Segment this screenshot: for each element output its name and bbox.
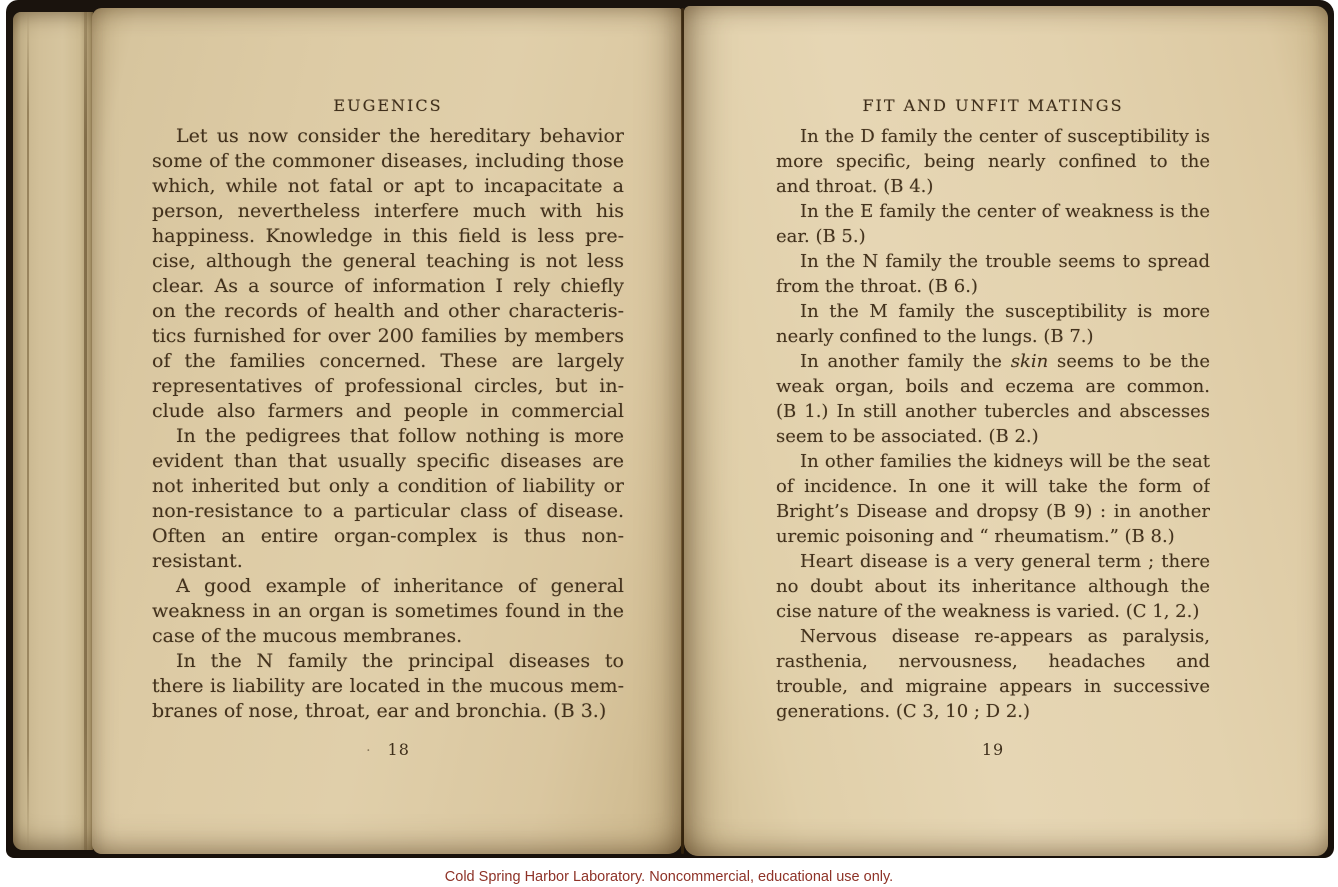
paragraph: In other families the kidneys will be th… bbox=[776, 449, 1210, 549]
text-line: seem to be associated. (B 2.) bbox=[776, 424, 1210, 449]
right-page: FIT AND UNFIT MATINGS In the D family th… bbox=[684, 6, 1328, 856]
text-line: rasthenia, nervousness, headaches and st… bbox=[776, 649, 1210, 674]
paragraph: A good example of inheritance of general… bbox=[152, 574, 624, 649]
text-line: weakness in an organ is sometimes found … bbox=[152, 599, 624, 624]
text-line: In the E family the center of weakness i… bbox=[776, 199, 1210, 224]
text-line: branes of nose, throat, ear and bronchia… bbox=[152, 699, 624, 724]
photo-caption-bar: Cold Spring Harbor Laboratory. Noncommer… bbox=[0, 866, 1338, 885]
right-page-print-area: FIT AND UNFIT MATINGS In the D family th… bbox=[776, 96, 1210, 759]
page-number: 18 bbox=[388, 740, 410, 759]
folio-dot-mark: · bbox=[366, 743, 371, 759]
text-line: clear. As a source of information I rely… bbox=[152, 274, 624, 299]
text-line: A good example of inheritance of general bbox=[152, 574, 624, 599]
right-page-body-text: In the D family the center of susceptibi… bbox=[776, 124, 1210, 724]
paragraph: In the D family the center of susceptibi… bbox=[776, 124, 1210, 199]
page-number: 19 bbox=[982, 740, 1004, 759]
paragraph: In the E family the center of weakness i… bbox=[776, 199, 1210, 249]
text-line: from the throat. (B 6.) bbox=[776, 274, 1210, 299]
text-line: person, nevertheless interfere much with… bbox=[152, 199, 624, 224]
text-line: representatives of professional circles,… bbox=[152, 374, 624, 399]
text-line: no doubt about its inheritance although … bbox=[776, 574, 1210, 599]
text-line: of incidence. In one it will take the fo… bbox=[776, 474, 1210, 499]
text-line: Often an entire organ-complex is thus no… bbox=[152, 524, 624, 549]
paragraph: In another family the skin seems to be t… bbox=[776, 349, 1210, 449]
text-line: weak organ, boils and eczema are common. bbox=[776, 374, 1210, 399]
text-line: some of the commoner diseases, including… bbox=[152, 149, 624, 174]
text-line: nearly confined to the lungs. (B 7.) bbox=[776, 324, 1210, 349]
text-line: tics furnished for over 200 families by … bbox=[152, 324, 624, 349]
right-page-folio: 19 bbox=[776, 740, 1210, 759]
paragraph: In the pedigrees that follow nothing is … bbox=[152, 424, 624, 574]
text-line: case of the mucous membranes. bbox=[152, 624, 624, 649]
text-line: In the N family the trouble seems to spr… bbox=[776, 249, 1210, 274]
photo-caption: Cold Spring Harbor Laboratory. Noncommer… bbox=[445, 869, 893, 885]
text-line: more specific, being nearly confined to … bbox=[776, 149, 1210, 174]
text-line: evident than that usually specific disea… bbox=[152, 449, 624, 474]
open-book: EUGENICS Let us now consider the heredit… bbox=[6, 0, 1334, 858]
text-line: In the N family the principal diseases t… bbox=[152, 649, 624, 674]
text-line: resistant. bbox=[152, 549, 624, 574]
text-line: generations. (C 3, 10 ; D 2.) bbox=[776, 699, 1210, 724]
book-scan-photo: EUGENICS Let us now consider the heredit… bbox=[0, 0, 1338, 887]
text-line: not inherited but only a condition of li… bbox=[152, 474, 624, 499]
running-head-left: EUGENICS bbox=[152, 96, 624, 115]
text-line: of the families concerned. These are lar… bbox=[152, 349, 624, 374]
paragraph: In the N family the trouble seems to spr… bbox=[776, 249, 1210, 299]
text-line: which, while not fatal or apt to incapac… bbox=[152, 174, 624, 199]
paragraph: In the M family the susceptibility is mo… bbox=[776, 299, 1210, 349]
text-line: In the pedigrees that follow nothing is … bbox=[152, 424, 624, 449]
left-page-print-area: EUGENICS Let us now consider the heredit… bbox=[152, 96, 624, 759]
text-line: In another family the skin seems to be t… bbox=[776, 349, 1210, 374]
text-line: ear. (B 5.) bbox=[776, 224, 1210, 249]
text-line: cise, although the general teaching is n… bbox=[152, 249, 624, 274]
text-line: happiness. Knowledge in this field is le… bbox=[152, 224, 624, 249]
text-line: cise nature of the weakness is varied. (… bbox=[776, 599, 1210, 624]
text-line: clude also farmers and people in commerc… bbox=[152, 399, 624, 424]
page-edge-crease bbox=[27, 12, 29, 850]
text-line: there is liability are located in the mu… bbox=[152, 674, 624, 699]
text-line: and throat. (B 4.) bbox=[776, 174, 1210, 199]
running-head-right: FIT AND UNFIT MATINGS bbox=[776, 96, 1210, 115]
text-line: trouble, and migraine appears in success… bbox=[776, 674, 1210, 699]
text-line: on the records of health and other chara… bbox=[152, 299, 624, 324]
page-fore-edges bbox=[13, 12, 93, 850]
paragraph: In the N family the principal diseases t… bbox=[152, 649, 624, 724]
text-line: Heart disease is a very general term ; t… bbox=[776, 549, 1210, 574]
text-line: (B 1.) In still another tubercles and ab… bbox=[776, 399, 1210, 424]
left-page-folio: ·18 bbox=[152, 740, 624, 759]
left-page-body-text: Let us now consider the hereditary behav… bbox=[152, 124, 624, 724]
paragraph: Nervous disease re-appears as paralysis,… bbox=[776, 624, 1210, 724]
text-line: uremic poisoning and “ rheumatism.” (B 8… bbox=[776, 524, 1210, 549]
left-page: EUGENICS Let us now consider the heredit… bbox=[92, 8, 682, 854]
paragraph: Let us now consider the hereditary behav… bbox=[152, 124, 624, 424]
text-line: Let us now consider the hereditary behav… bbox=[152, 124, 624, 149]
paragraph: Heart disease is a very general term ; t… bbox=[776, 549, 1210, 624]
text-line: In other families the kidneys will be th… bbox=[776, 449, 1210, 474]
text-line: Bright’s Disease and dropsy (B 9) : in a… bbox=[776, 499, 1210, 524]
text-line: In the M family the susceptibility is mo… bbox=[776, 299, 1210, 324]
text-line: In the D family the center of susceptibi… bbox=[776, 124, 1210, 149]
text-line: non-resistance to a particular class of … bbox=[152, 499, 624, 524]
page-edge-crease bbox=[84, 12, 87, 850]
text-line: Nervous disease re-appears as paralysis,… bbox=[776, 624, 1210, 649]
